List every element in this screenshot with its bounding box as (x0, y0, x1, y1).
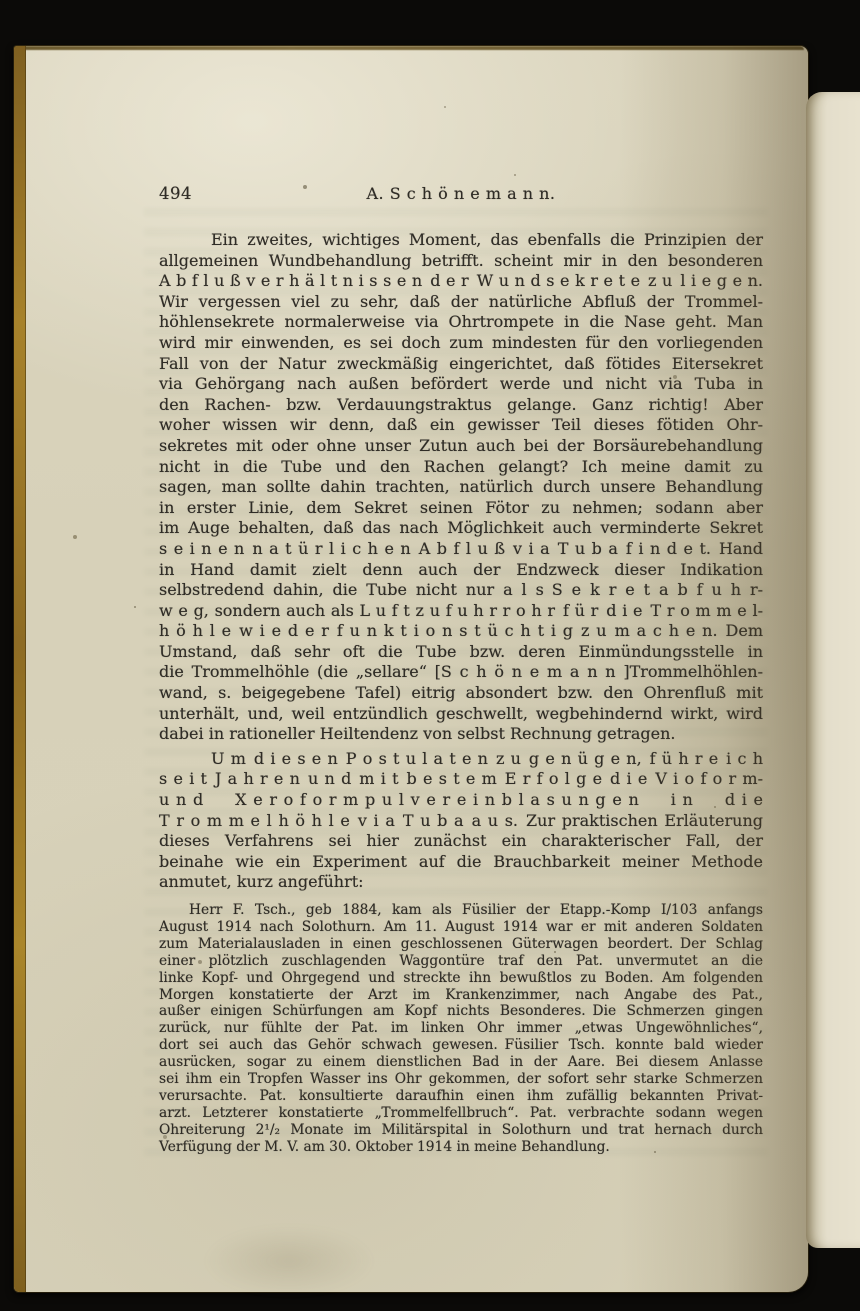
paper-specks (14, 46, 16, 48)
text-line: Morgen konstatierte der Arzt im Krankenz… (159, 987, 763, 1004)
page-header: 494 A. S c h ö n e m a n n. (159, 184, 763, 206)
text-line: außer einigen Schürfungen am Kopf nichts… (159, 1003, 763, 1020)
text-line: Ein zweites, wichtiges Moment, das ebenf… (159, 230, 763, 251)
text-line: Fall von der Natur zweckmäßig eingericht… (159, 354, 763, 375)
text-line: woher wissen wir denn, daß ein gewisser … (159, 415, 763, 436)
page-fore-edge (14, 46, 26, 1292)
text-line: dort sei auch das Gehör schwach gewesen.… (159, 1037, 763, 1054)
text-line: verursachte. Pat. konsultierte daraufhin… (159, 1088, 763, 1105)
text-line: zurück, nur fühlte der Pat. im linken Oh… (159, 1020, 763, 1037)
text-line: selbstredend dahin, die Tube nicht nur a… (159, 580, 763, 601)
text-line: sagen, man sollte dahin trachten, natürl… (159, 477, 763, 498)
text-line: in erster Linie, dem Sekret seinen Fötor… (159, 498, 763, 519)
text-line: u n d X e r o f o r m p u l v e r e i n … (159, 790, 763, 811)
text-line: Umstand, daß sehr oft die Tube bzw. dere… (159, 642, 763, 663)
text-line: allgemeinen Wundbehandlung betrifft. sch… (159, 251, 763, 272)
text-line: wand, s. beigegebene Tafel) eitrig abson… (159, 683, 763, 704)
text-line: ausrücken, sogar zu einem dienstlichen B… (159, 1054, 763, 1071)
text-line: einer plötzlich zuschlagenden Waggontüre… (159, 953, 763, 970)
body-paragraph: U m d i e s e n P o s t u l a t e n z u … (159, 749, 763, 893)
text-line: August 1914 nach Solothurn. Am 11. Augus… (159, 919, 763, 936)
text-line: wird mir einwenden, es sei doch zum mind… (159, 333, 763, 354)
text-line: arzt. Letzterer konstatierte „Trommelfel… (159, 1105, 763, 1122)
text-line: h ö h l e w i e d e r f u n k t i o n s … (159, 621, 763, 642)
text-line: anmutet, kurz angeführt: (159, 872, 763, 893)
page-top-edge (14, 46, 804, 50)
text-line: die Trommelhöhle (die „sellare“ [S c h ö… (159, 662, 763, 683)
case-report-paragraph: Herr F. Tsch., geb 1884, kam als Füsilie… (159, 902, 763, 1156)
facing-page-edge (806, 92, 860, 1248)
scanned-book-page: 494 A. S c h ö n e m a n n. Ein zweites,… (0, 0, 860, 1311)
text-line: sei ihm ein Tropfen Wasser ins Ohr gekom… (159, 1071, 763, 1088)
text-line: via Gehörgang nach außen befördert werde… (159, 374, 763, 395)
text-line: unterhält, und, weil entzündlich geschwe… (159, 704, 763, 725)
text-line: s e i n e n n a t ü r l i c h e n A b f … (159, 539, 763, 560)
text-line: in Hand damit zielt denn auch der Endzwe… (159, 560, 763, 581)
page-sheet: 494 A. S c h ö n e m a n n. Ein zweites,… (14, 46, 808, 1292)
text-line: höhlensekrete normalerweise via Ohrtromp… (159, 312, 763, 333)
text-line: U m d i e s e n P o s t u l a t e n z u … (159, 749, 763, 770)
text-line: w e g, sondern auch als L u f t z u f u … (159, 601, 763, 622)
text-line: T r o m m e l h ö h l e v i a T u b a a … (159, 811, 763, 832)
running-header: A. S c h ö n e m a n n. (159, 184, 763, 203)
text-line: Herr F. Tsch., geb 1884, kam als Füsilie… (159, 902, 763, 919)
text-line: s e i t J a h r e n u n d m i t b e s t … (159, 769, 763, 790)
text-line: im Auge behalten, daß das nach Möglichke… (159, 518, 763, 539)
text-line: A b f l u ß v e r h ä l t n i s s e n d … (159, 271, 763, 292)
text-line: Ohreiterung 2¹/₂ Monate im Militärspital… (159, 1122, 763, 1139)
paper-stain (204, 1226, 374, 1296)
text-line: linke Kopf- und Ohrgegend und streckte i… (159, 970, 763, 987)
text-line: dieses Verfahrens sei hier zunächst ein … (159, 831, 763, 852)
text-line: zum Materialausladen in einen geschlosse… (159, 936, 763, 953)
text-line: sekretes mit oder ohne unser Zutun auch … (159, 436, 763, 457)
text-line: Wir vergessen viel zu sehr, daß der natü… (159, 292, 763, 313)
text-line: Verfügung der M. V. am 30. Oktober 1914 … (159, 1139, 763, 1156)
text-line: beinahe wie ein Experiment auf die Brauc… (159, 852, 763, 873)
text-line: den Rachen- bzw. Verdauungstraktus gelan… (159, 395, 763, 416)
text-block: Ein zweites, wichtiges Moment, das ebenf… (159, 230, 763, 1156)
body-paragraph: Ein zweites, wichtiges Moment, das ebenf… (159, 230, 763, 745)
text-line: dabei in rationeller Heiltendenz von sel… (159, 724, 763, 745)
text-line: nicht in die Tube und den Rachen gelangt… (159, 457, 763, 478)
